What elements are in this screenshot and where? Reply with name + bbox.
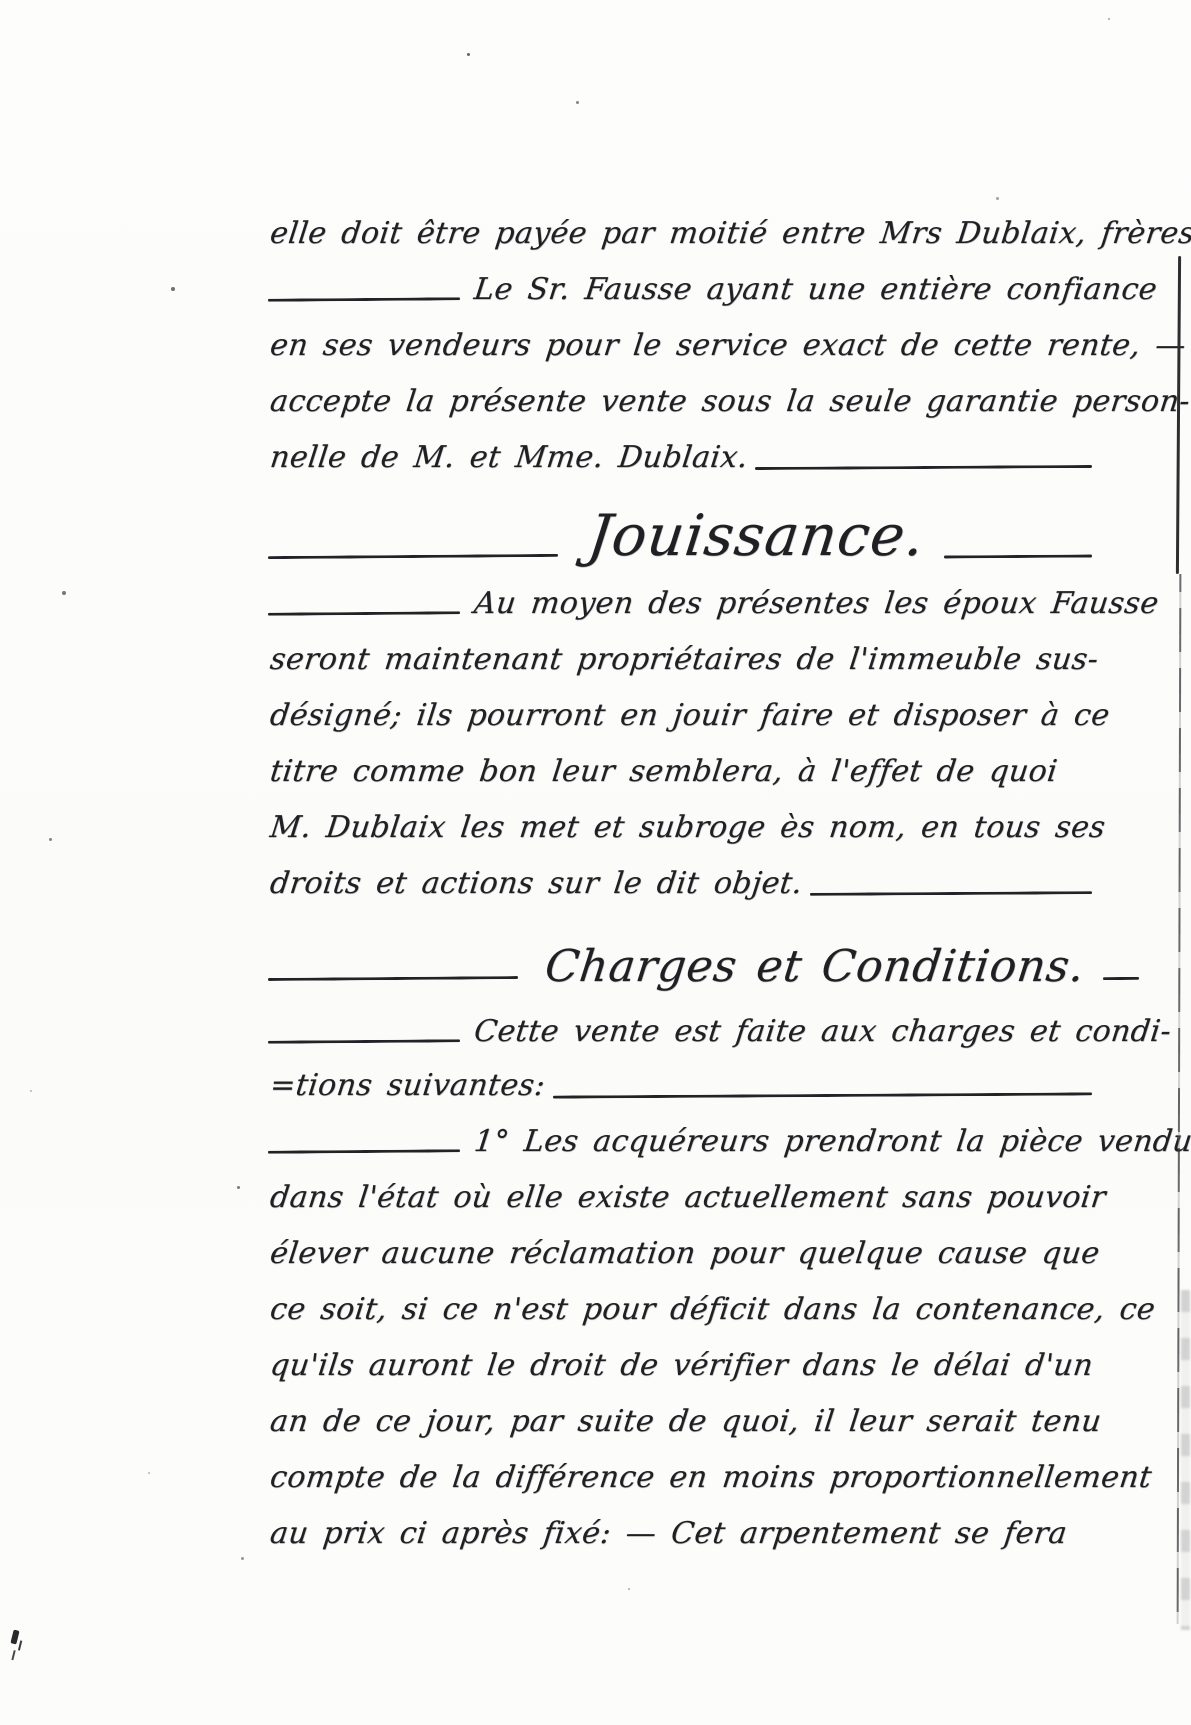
handwritten-text: désigné; ils pourront en jouir faire et …	[268, 697, 1112, 735]
section-heading-text: Charges et Conditions.	[542, 939, 1088, 994]
pen-rule-stroke	[944, 555, 1092, 559]
pen-rule-stroke	[268, 976, 518, 981]
section-heading: Charges et Conditions.	[268, 910, 1092, 994]
manuscript-line: Le Sr. Fausse ayant une entière confianc…	[268, 262, 1092, 308]
pen-rule-stroke	[810, 891, 1092, 896]
manuscript-page: elle doit être payée par moitié entre Mr…	[0, 0, 1191, 1725]
manuscript-line: =tions suivantes:	[268, 1058, 1092, 1104]
manuscript-line: elle doit être payée par moitié entre Mr…	[268, 206, 1092, 252]
manuscript-line: droits et actions sur le dit objet.	[268, 856, 1092, 902]
manuscript-line: M. Dublaix les met et subroge ès nom, en…	[268, 800, 1092, 846]
ink-speck	[241, 1557, 244, 1560]
manuscript-line: désigné; ils pourront en jouir faire et …	[268, 688, 1092, 734]
ink-speck	[30, 1090, 32, 1092]
manuscript-line: qu'ils auront le droit de vérifier dans …	[268, 1338, 1092, 1384]
ink-speck	[171, 287, 175, 291]
ink-speck	[148, 1472, 150, 1474]
handwritten-text: M. Dublaix les met et subroge ès nom, en…	[268, 809, 1107, 847]
manuscript-line: an de ce jour, par suite de quoi, il leu…	[268, 1394, 1092, 1440]
manuscript-line: élever aucune réclamation pour quelque c…	[268, 1226, 1092, 1272]
ink-speck	[467, 53, 470, 56]
pen-rule-stroke	[268, 1039, 460, 1044]
handwritten-text: nelle de M. et Mme. Dublaix.	[268, 439, 750, 477]
ink-speck	[237, 1186, 240, 1189]
pen-rule-stroke	[553, 1092, 1092, 1098]
handwritten-text: ce soit, si ce n'est pour déficit dans l…	[268, 1291, 1157, 1329]
section-heading: Jouissance.	[268, 476, 1092, 572]
handwritten-text: qu'ils auront le droit de vérifier dans …	[268, 1347, 1095, 1385]
handwritten-text: titre comme bon leur semblera, à l'effet…	[268, 753, 1060, 791]
pen-rule-stroke	[755, 465, 1092, 470]
scan-edge-shadow	[1181, 1290, 1190, 1630]
ink-speck	[996, 197, 999, 200]
ink-speck	[49, 838, 52, 841]
handwritten-text: droits et actions sur le dit objet.	[268, 865, 805, 903]
pen-rule-stroke	[268, 297, 460, 302]
handwritten-text: Le Sr. Fausse ayant une entière confianc…	[472, 271, 1159, 309]
handwritten-text: en ses vendeurs pour le service exact de…	[268, 327, 1188, 365]
ink-speck	[62, 591, 66, 595]
manuscript-line: seront maintenant propriétaires de l'imm…	[268, 632, 1092, 678]
handwritten-text: accepte la présente vente sous la seule …	[268, 383, 1191, 421]
handwritten-text: élever aucune réclamation pour quelque c…	[268, 1235, 1102, 1273]
handwritten-text: an de ce jour, par suite de quoi, il leu…	[268, 1403, 1104, 1441]
handwritten-text: compte de la différence en moins proport…	[268, 1459, 1154, 1497]
handwritten-text: elle doit être payée par moitié entre Mr…	[268, 215, 1191, 253]
manuscript-line: titre comme bon leur semblera, à l'effet…	[268, 744, 1092, 790]
handwritten-text: seront maintenant propriétaires de l'imm…	[268, 641, 1101, 679]
handwritten-text: Au moyen des présentes les époux Fausse	[472, 585, 1161, 623]
manuscript-line: compte de la différence en moins proport…	[268, 1450, 1092, 1496]
handwritten-text: 1° Les acquéreurs prendront la pièce ven…	[472, 1123, 1191, 1161]
manuscript-line: Cette vente est faite aux charges et con…	[268, 1004, 1092, 1050]
handwritten-text: dans l'état où elle existe actuellement …	[268, 1179, 1108, 1217]
ink-speck	[1108, 18, 1110, 20]
manuscript-line: 1° Les acquéreurs prendront la pièce ven…	[268, 1114, 1092, 1160]
manuscript-line: ce soit, si ce n'est pour déficit dans l…	[268, 1282, 1092, 1328]
section-heading-text: Jouissance.	[584, 501, 929, 572]
manuscript-line: accepte la présente vente sous la seule …	[268, 374, 1092, 420]
handwritten-text: =tions suivantes:	[268, 1067, 547, 1105]
pen-rule-stroke	[268, 611, 460, 616]
ink-speck	[576, 101, 579, 104]
handwritten-text: Cette vente est faite aux charges et con…	[472, 1013, 1173, 1051]
pen-rule-stroke	[1103, 977, 1139, 980]
pen-rule-stroke	[268, 554, 558, 559]
manuscript-line: au prix ci après fixé: — Cet arpentement…	[268, 1506, 1092, 1552]
ink-speck	[628, 1588, 630, 1590]
manuscript-line: en ses vendeurs pour le service exact de…	[268, 318, 1092, 364]
handwritten-text: au prix ci après fixé: — Cet arpentement…	[268, 1515, 1069, 1553]
manuscript-line: dans l'état où elle existe actuellement …	[268, 1170, 1092, 1216]
manuscript-line: Au moyen des présentes les époux Fausse	[268, 576, 1092, 622]
pen-rule-stroke	[268, 1149, 460, 1154]
manuscript-line: nelle de M. et Mme. Dublaix.	[268, 430, 1092, 476]
ink-blot	[10, 1629, 19, 1644]
